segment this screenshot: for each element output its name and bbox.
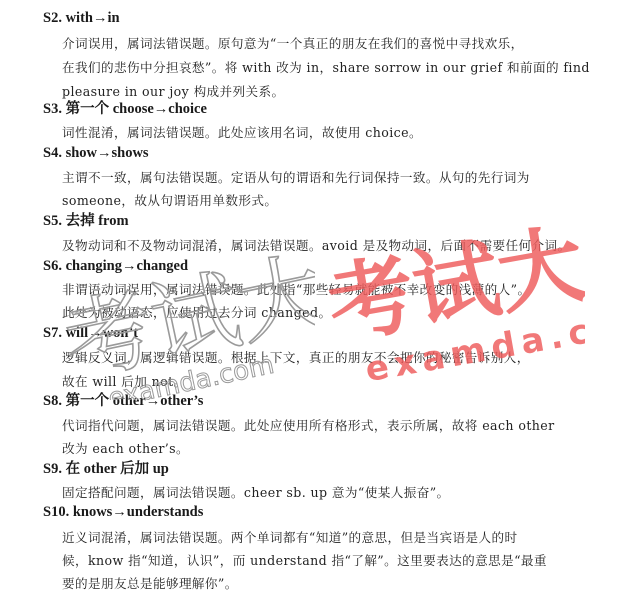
item-heading: S6. changing→changed [43, 257, 188, 275]
explanation-line: 此处为被动语态，应使用过去分词 changed。 [62, 304, 331, 322]
answer-explanations-document: S2. with→in介词误用，属词法错误题。原句意为“一个真正的朋友在我们的喜… [0, 0, 624, 610]
explanation-line: 在我们的悲伤中分担哀愁”。将 with 改为 in，share sorrow i… [62, 59, 590, 77]
explanation-line: 候，know 指“知道，认识”，而 understand 指“了解”。这里要表达… [62, 552, 547, 570]
explanation-line: 非谓语动词误用，属词法错误题。此处指“那些轻易就能被不幸改变的浅薄的人”。 [62, 281, 530, 299]
item-heading: S10. knows→understands [43, 503, 203, 521]
explanation-line: 逻辑反义词，属逻辑错误题。根据上下文，真正的朋友不会把你的秘密告诉别人， [62, 349, 530, 367]
explanation-line: 词性混淆，属词法错误题。此处应该用名词，故使用 choice。 [62, 124, 422, 142]
explanation-line: 固定搭配问题，属词法错误题。cheer sb. up 意为“使某人振奋”。 [62, 484, 450, 502]
item-heading: S7. will→won’t [43, 324, 138, 342]
explanation-line: 主谓不一致，属句法错误题。定语从句的谓语和先行词保持一致。从句的先行词为 [62, 169, 530, 187]
explanation-line: 改为 each other’s。 [62, 440, 189, 458]
item-heading: S9. 在 other 后加 up [43, 460, 169, 478]
explanation-line: 故在 will 后加 not。 [62, 373, 187, 391]
explanation-line: 介词误用，属词法错误题。原句意为“一个真正的朋友在我们的喜悦中寻找欢乐， [62, 35, 524, 53]
item-heading: S8. 第一个 other→other’s [43, 392, 203, 410]
explanation-line: 要的是朋友总是能够理解你”。 [62, 575, 238, 593]
item-heading: S5. 去掉 from [43, 212, 129, 230]
item-heading: S3. 第一个 choose→choice [43, 100, 207, 118]
explanation-line: 代词指代问题，属词法错误题。此处应使用所有格形式，表示所属，故将 each ot… [62, 417, 555, 435]
explanation-line: 及物动词和不及物动词混淆，属词法错误题。avoid 是及物动词，后面不需要任何介… [62, 237, 570, 255]
item-heading: S2. with→in [43, 9, 120, 27]
explanation-line: pleasure in our joy 构成并列关系。 [62, 83, 285, 101]
item-heading: S4. show→shows [43, 144, 149, 162]
explanation-line: someone，故从句谓语用单数形式。 [62, 192, 277, 210]
explanation-line: 近义词混淆，属词法错误题。两个单词都有“知道”的意思，但是当宾语是人的时 [62, 529, 517, 547]
